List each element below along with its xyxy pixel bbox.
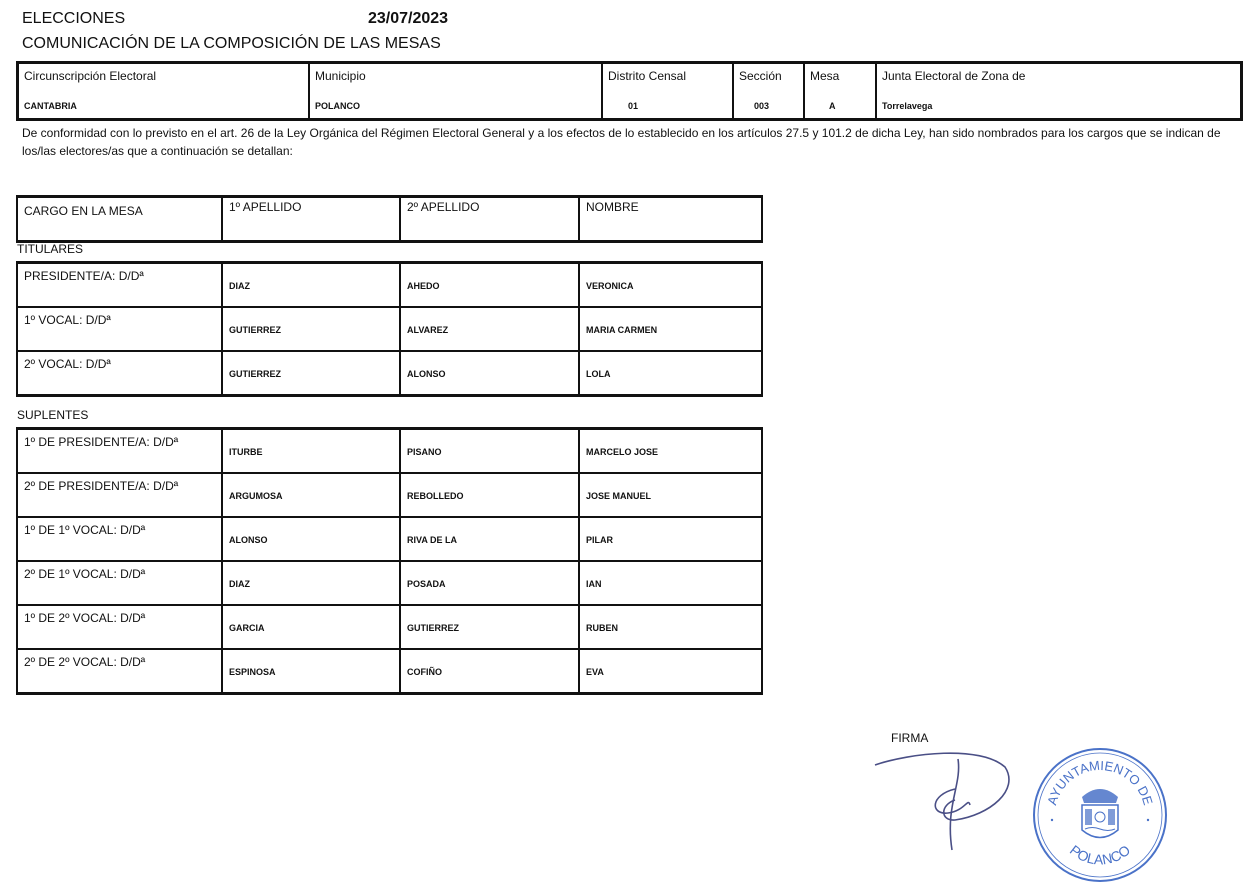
info-value: POLANCO	[315, 101, 360, 111]
person-name: RUBEN	[586, 623, 618, 633]
cargo-cell: 1º DE 1º VOCAL: D/Dª	[17, 517, 222, 561]
section-suplentes: SUPLENTES	[17, 408, 88, 422]
signature-icon	[870, 745, 1020, 855]
cargo-cell: 2º DE 2º VOCAL: D/Dª	[17, 649, 222, 694]
name-cell: REBOLLEDO	[400, 473, 579, 517]
info-label: Junta Electoral de Zona de	[882, 69, 1025, 83]
name-cell: ITURBE	[222, 429, 400, 474]
person-name: PISANO	[407, 447, 442, 457]
name-cell: RIVA DE LA	[400, 517, 579, 561]
cargo-cell: 1º DE 2º VOCAL: D/Dª	[17, 605, 222, 649]
person-name: GUTIERREZ	[229, 369, 281, 379]
name-cell: AHEDO	[400, 263, 579, 308]
info-value: 01	[628, 101, 638, 111]
cargo-label: 1º DE 1º VOCAL: D/Dª	[24, 523, 145, 537]
cargo-cell: 1º VOCAL: D/Dª	[17, 307, 222, 351]
document-title: ELECCIONES	[22, 10, 125, 28]
cargo-cell: 2º DE PRESIDENTE/A: D/Dª	[17, 473, 222, 517]
name-cell: IAN	[579, 561, 762, 605]
header-nombre: NOMBRE	[579, 197, 762, 242]
person-name: IAN	[586, 579, 602, 589]
name-cell: JOSE MANUEL	[579, 473, 762, 517]
name-cell: PISANO	[400, 429, 579, 474]
info-value: 003	[754, 101, 769, 111]
person-name: AHEDO	[407, 281, 440, 291]
info-mesa: Mesa A	[805, 64, 877, 118]
cargo-cell: 1º DE PRESIDENTE/A: D/Dª	[17, 429, 222, 474]
header-label: 2º APELLIDO	[407, 200, 479, 214]
signature-label: FIRMA	[891, 731, 928, 745]
person-name: VERONICA	[586, 281, 634, 291]
info-value: Torrelavega	[882, 101, 932, 111]
cargo-label: 1º DE 2º VOCAL: D/Dª	[24, 611, 145, 625]
cargo-label: PRESIDENTE/A: D/Dª	[24, 269, 144, 283]
table-row: 1º DE PRESIDENTE/A: D/DªITURBEPISANOMARC…	[17, 429, 762, 474]
person-name: ALVAREZ	[407, 325, 448, 335]
person-name: ARGUMOSA	[229, 491, 283, 501]
name-cell: MARCELO JOSE	[579, 429, 762, 474]
person-name: MARCELO JOSE	[586, 447, 658, 457]
name-cell: GUTIERREZ	[222, 351, 400, 396]
name-cell: GUTIERREZ	[400, 605, 579, 649]
person-name: REBOLLEDO	[407, 491, 464, 501]
header-label: CARGO EN LA MESA	[24, 204, 143, 218]
person-name: PILAR	[586, 535, 613, 545]
person-name: GUTIERREZ	[407, 623, 459, 633]
electoral-info-table: Circunscripción Electoral CANTABRIA Muni…	[16, 61, 1243, 121]
table-row: 1º DE 2º VOCAL: D/DªGARCIAGUTIERREZRUBEN	[17, 605, 762, 649]
table-row: 2º DE 1º VOCAL: D/DªDIAZPOSADAIAN	[17, 561, 762, 605]
person-name: COFIÑO	[407, 667, 442, 677]
table-row: 1º DE 1º VOCAL: D/DªALONSORIVA DE LAPILA…	[17, 517, 762, 561]
suplentes-table: 1º DE PRESIDENTE/A: D/DªITURBEPISANOMARC…	[16, 427, 763, 695]
municipal-seal-icon: AYUNTAMIENTO DE POLANCO	[1030, 745, 1170, 885]
cargo-label: 2º DE PRESIDENTE/A: D/Dª	[24, 479, 178, 493]
name-cell: PILAR	[579, 517, 762, 561]
titulares-table: PRESIDENTE/A: D/DªDIAZAHEDOVERONICA1º VO…	[16, 261, 763, 397]
person-name: EVA	[586, 667, 604, 677]
table-row: 2º VOCAL: D/DªGUTIERREZALONSOLOLA	[17, 351, 762, 396]
name-cell: ALVAREZ	[400, 307, 579, 351]
table-row: 2º DE PRESIDENTE/A: D/DªARGUMOSAREBOLLED…	[17, 473, 762, 517]
person-name: DIAZ	[229, 281, 250, 291]
info-value: CANTABRIA	[24, 101, 77, 111]
section-titulares: TITULARES	[17, 242, 83, 256]
cargo-cell: 2º DE 1º VOCAL: D/Dª	[17, 561, 222, 605]
person-name: LOLA	[586, 369, 611, 379]
table-row: 2º DE 2º VOCAL: D/DªESPINOSACOFIÑOEVA	[17, 649, 762, 694]
person-name: GARCIA	[229, 623, 265, 633]
person-name: ESPINOSA	[229, 667, 276, 677]
info-municipio: Municipio POLANCO	[310, 64, 603, 118]
info-label: Municipio	[315, 69, 366, 83]
column-header-table: CARGO EN LA MESA 1º APELLIDO 2º APELLIDO…	[16, 195, 763, 243]
name-cell: GARCIA	[222, 605, 400, 649]
cargo-label: 2º DE 2º VOCAL: D/Dª	[24, 655, 145, 669]
info-value: A	[829, 101, 836, 111]
person-name: MARIA CARMEN	[586, 325, 657, 335]
header-label: 1º APELLIDO	[229, 200, 301, 214]
header-apellido1: 1º APELLIDO	[222, 197, 400, 242]
name-cell: ALONSO	[400, 351, 579, 396]
person-name: ITURBE	[229, 447, 263, 457]
name-cell: ARGUMOSA	[222, 473, 400, 517]
name-cell: LOLA	[579, 351, 762, 396]
person-name: GUTIERREZ	[229, 325, 281, 335]
info-seccion: Sección 003	[734, 64, 805, 118]
info-junta: Junta Electoral de Zona de Torrelavega	[877, 64, 1240, 118]
info-label: Circunscripción Electoral	[24, 69, 156, 83]
person-name: POSADA	[407, 579, 446, 589]
name-cell: VERONICA	[579, 263, 762, 308]
person-name: DIAZ	[229, 579, 250, 589]
info-distrito: Distrito Censal 01	[603, 64, 734, 118]
table-row: 1º VOCAL: D/DªGUTIERREZALVAREZMARIA CARM…	[17, 307, 762, 351]
person-name: JOSE MANUEL	[586, 491, 651, 501]
name-cell: ALONSO	[222, 517, 400, 561]
name-cell: EVA	[579, 649, 762, 694]
person-name: ALONSO	[407, 369, 446, 379]
cargo-cell: PRESIDENTE/A: D/Dª	[17, 263, 222, 308]
info-label: Distrito Censal	[608, 69, 686, 83]
name-cell: RUBEN	[579, 605, 762, 649]
info-label: Sección	[739, 69, 782, 83]
cargo-label: 1º DE PRESIDENTE/A: D/Dª	[24, 435, 178, 449]
election-date: 23/07/2023	[368, 10, 448, 28]
info-label: Mesa	[810, 69, 839, 83]
document-subtitle: COMUNICACIÓN DE LA COMPOSICIÓN DE LAS ME…	[22, 35, 441, 53]
cargo-label: 1º VOCAL: D/Dª	[24, 313, 111, 327]
name-cell: DIAZ	[222, 561, 400, 605]
header-label: NOMBRE	[586, 200, 639, 214]
name-cell: ESPINOSA	[222, 649, 400, 694]
cargo-cell: 2º VOCAL: D/Dª	[17, 351, 222, 396]
person-name: RIVA DE LA	[407, 535, 457, 545]
cargo-label: 2º VOCAL: D/Dª	[24, 357, 111, 371]
name-cell: MARIA CARMEN	[579, 307, 762, 351]
name-cell: DIAZ	[222, 263, 400, 308]
header-apellido2: 2º APELLIDO	[400, 197, 579, 242]
name-cell: COFIÑO	[400, 649, 579, 694]
info-circunscripcion: Circunscripción Electoral CANTABRIA	[19, 64, 310, 118]
name-cell: GUTIERREZ	[222, 307, 400, 351]
name-cell: POSADA	[400, 561, 579, 605]
table-row: PRESIDENTE/A: D/DªDIAZAHEDOVERONICA	[17, 263, 762, 308]
intro-paragraph: De conformidad con lo previsto en el art…	[22, 124, 1222, 160]
svg-text:POLANCO: POLANCO	[1067, 842, 1133, 868]
person-name: ALONSO	[229, 535, 268, 545]
cargo-label: 2º DE 1º VOCAL: D/Dª	[24, 567, 145, 581]
header-cargo: CARGO EN LA MESA	[17, 197, 222, 242]
